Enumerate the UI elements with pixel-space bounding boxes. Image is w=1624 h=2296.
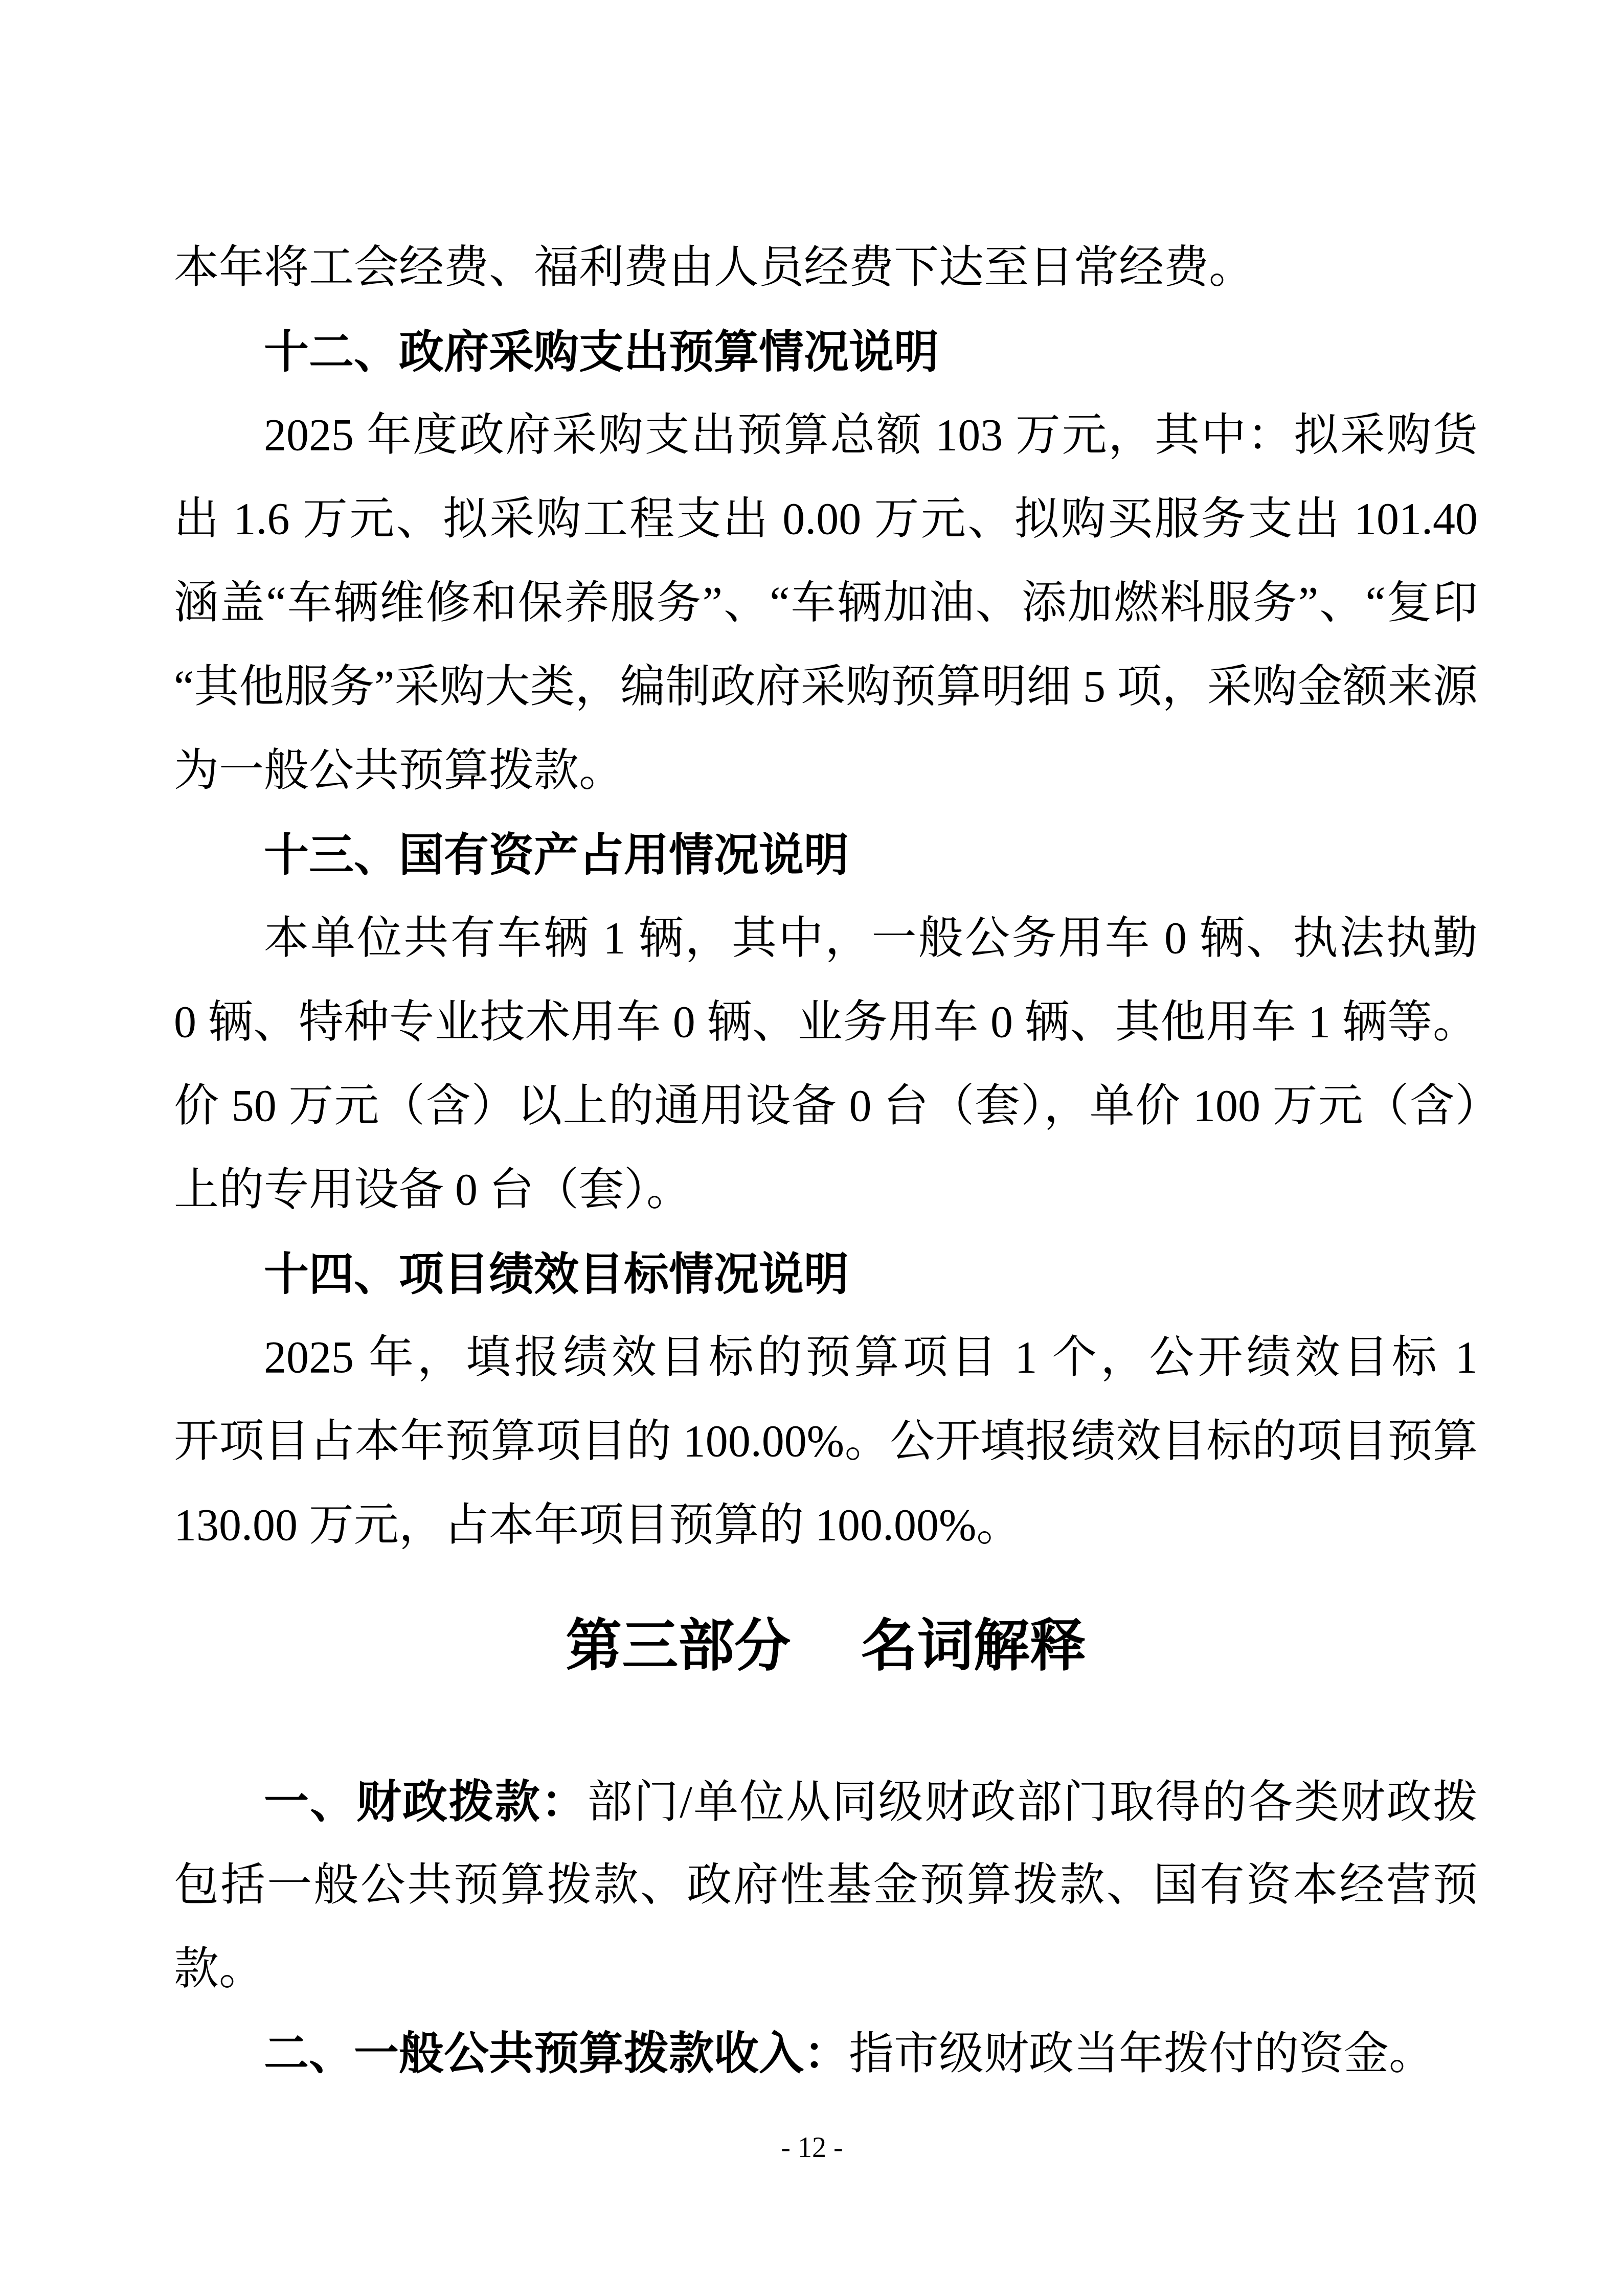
heading-section-14: 十四、项目绩效目标情况说明 <box>174 1245 1478 1306</box>
definition-public-budget-income-line: 二、一般公共预算拨款收入：指市级财政当年拨付的资金。 <box>174 2025 1478 2085</box>
para-gov-procurement-line-5: 为一般公共预算拨款。 <box>174 742 1478 803</box>
definition-fiscal-allocation-line-3: 款。 <box>174 1941 1478 2001</box>
para-performance-goals-line-3: 130.00 万元，占本年项目预算的 100.00%。 <box>174 1497 1478 1557</box>
para-gov-procurement-line-4: “其他服务”采购大类，编制政府采购预算明细 5 项，采购金额来源 <box>174 658 1478 719</box>
heading-section-13: 十三、国有资产占用情况说明 <box>174 826 1478 886</box>
para-performance-goals-line-2: 开项目占本年预算项目的 100.00%。公开填报绩效目标的项目预算 <box>174 1413 1478 1473</box>
part-three-title: 第三部分 名词解释 <box>174 1610 1478 1687</box>
definition-fiscal-allocation-term: 一、财政拨款： <box>264 1776 588 1827</box>
para-state-assets-line-4: 上的专用设备 0 台（套）。 <box>174 1162 1478 1222</box>
para-state-assets-line-3: 价 50 万元（含）以上的通用设备 0 台（套），单价 100 万元（含）以 <box>174 1078 1478 1138</box>
page-number: - 12 - <box>0 2129 1624 2170</box>
para-state-assets-line-2: 0 辆、特种专业技术用车 0 辆、业务用车 0 辆、其他用车 1 辆等。单 <box>174 994 1478 1054</box>
para-gov-procurement-line-2: 出 1.6 万元、拟采购工程支出 0.00 万元、拟购买服务支出 101.40 … <box>174 491 1478 551</box>
definition-fiscal-allocation-line-1: 一、财政拨款：部门/单位从同级财政部门取得的各类财政拨款， <box>174 1773 1478 1833</box>
document-page: 本年将工会经费、福利费由人员经费下达至日常经费。 十二、政府采购支出预算情况说明… <box>0 0 1624 2296</box>
definition-public-budget-income-text: 指市级财政当年拨付的资金。 <box>849 2029 1434 2079</box>
para-state-assets-line-1: 本单位共有车辆 1 辆，其中，一般公务用车 0 辆、执法执勤用车 <box>174 910 1478 970</box>
para-gov-procurement-line-3: 涵盖“车辆维修和保养服务”、“车辆加油、添加燃料服务”、“复印纸”、 <box>174 575 1478 635</box>
definition-public-budget-income-term: 二、一般公共预算拨款收入： <box>264 2028 849 2078</box>
para-performance-goals-line-1: 2025 年，填报绩效目标的预算项目 1 个，公开绩效目标 1 个，公 <box>174 1329 1478 1390</box>
para-continuation-line: 本年将工会经费、福利费由人员经费下达至日常经费。 <box>174 239 1478 300</box>
para-gov-procurement-line-1: 2025 年度政府采购支出预算总额 103 万元，其中：拟采购货物支 <box>174 407 1478 467</box>
definition-fiscal-allocation-line-2: 包括一般公共预算拨款、政府性基金预算拨款、国有资本经营预算拨 <box>174 1857 1478 1917</box>
heading-section-12: 十二、政府采购支出预算情况说明 <box>174 323 1478 383</box>
